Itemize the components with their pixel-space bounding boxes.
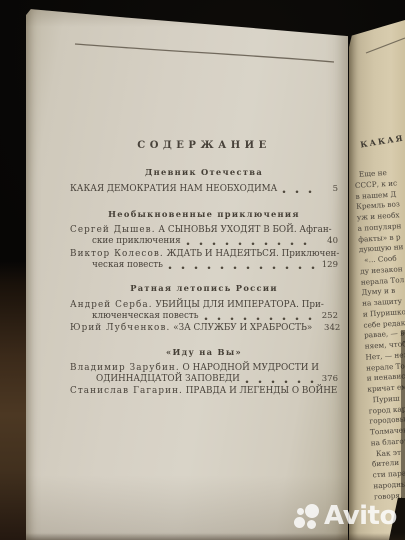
next-page-text-line: Кремль воз [356, 197, 405, 213]
toc-entry-line: Андрей Серба. УБИЙЦЫ ДЛЯ ИМПЕРАТОРА. При… [70, 300, 338, 311]
next-page-text-line: себе редак [363, 315, 405, 331]
page-edge-shadow [401, 330, 405, 510]
toc-entry: Юрий Лубченков. «ЗА СЛУЖБУ И ХРАБРОСТЬ» … [70, 323, 338, 334]
entry-subtitle-cont: ключенческая повесть [70, 311, 199, 322]
toc-page: СОДЕРЖАНИЕ Дневник Отечества КАКАЯ ДЕМОК… [26, 0, 348, 540]
entry-title: А СЫНОВЬЯ УХОДЯТ В БОЙ. [156, 225, 300, 236]
next-page-text-line: ду незакон [360, 262, 405, 278]
toc-entry-line: ские приключения 40 [70, 236, 338, 247]
entry-author: Сергей Дышев. [70, 225, 156, 236]
page-number: 40 [318, 236, 338, 247]
next-page-text-line: факты» в р [358, 229, 405, 245]
next-page-text-line: дующую ни [359, 240, 405, 256]
next-page-text-line: на защиту [362, 294, 405, 310]
toc-title: СОДЕРЖАНИЕ [70, 140, 338, 151]
page-number: 376 [318, 374, 338, 385]
toc-entry-line: КАКАЯ ДЕМОКРАТИЯ НАМ НЕОБХОДИМА 5 [70, 184, 338, 195]
entry-subtitle: Приключен- [282, 249, 340, 260]
toc-section: «Иду на Вы» Владимир Зарубин. О НАРОДНОЙ… [70, 347, 338, 398]
next-page-text-line: и ненавис [366, 369, 405, 385]
entry-subtitle: При- [302, 300, 324, 311]
entry-author: Юрий Лубченков. [70, 323, 170, 334]
book-photo: СОДЕРЖАНИЕ Дневник Отечества КАКАЯ ДЕМОК… [0, 0, 405, 540]
avito-logo-icon [294, 502, 321, 530]
entry-author: Виктор Колесов. [70, 249, 164, 260]
entry-subtitle-cont: ческая повесть [70, 260, 163, 271]
toc-entry-line: ческая повесть 129 [70, 260, 338, 271]
bottom-shadow [26, 533, 405, 540]
next-page-text-line: и Пуришко [363, 305, 405, 321]
next-page-text-line: Как эт [371, 444, 405, 460]
next-page-text-line: кричат ем [367, 380, 405, 396]
section-heading: «Иду на Вы» [70, 347, 338, 358]
entry-author: Владимир Зарубин. [70, 363, 180, 374]
page-header-rule-right [349, 0, 405, 70]
next-page-text-line: бители [372, 455, 405, 471]
toc-entry: Владимир Зарубин. О НАРОДНОЙ МУДРОСТИ И … [70, 363, 338, 386]
next-page-text-line: СССР, к ис [355, 176, 405, 192]
dot-leader [245, 374, 315, 385]
entry-subtitle-cont: ские приключения [70, 236, 181, 247]
entry-title: УБИЙЦЫ ДЛЯ ИМПЕРАТОРА. [153, 300, 302, 311]
page-header-rule [26, 0, 348, 80]
next-page-text-line: город кар [368, 401, 405, 417]
toc-section: Необыкновенные приключения Сергей Дышев.… [70, 209, 338, 271]
toc-entry-line: Сергей Дышев. А СЫНОВЬЯ УХОДЯТ В БОЙ. Аф… [70, 225, 338, 236]
next-page-text-line: а популярн [357, 219, 405, 235]
page-number: 252 [318, 311, 338, 322]
page-number: 342 [320, 323, 340, 334]
section-heading: Ратная летопись России [70, 283, 338, 294]
toc-entry-line: Виктор Колесов. ЖДАТЬ И НАДЕЯТЬСЯ. Прикл… [70, 249, 338, 260]
next-page-text-line: Еще не [354, 165, 405, 181]
next-page-text-line: Пуриш [368, 390, 405, 406]
next-page-text-line: Нет, — нез [365, 348, 405, 364]
section-heading: Необыкновенные приключения [70, 209, 338, 220]
toc-entry-line: Станислав Гагарин. ПРАВДА И ЛЕГЕНДЫ О ВО… [70, 386, 338, 397]
entry-author: Станислав Гагарин. [70, 386, 183, 397]
page-number: 129 [318, 260, 338, 271]
entry-title: КАКАЯ ДЕМОКРАТИЯ НАМ НЕОБХОДИМА [70, 184, 277, 195]
entry-subtitle: Афган- [299, 225, 331, 236]
next-page-text: Еще неСССР, к исв нашем ДКремль возуж и … [354, 165, 405, 503]
toc-entry-line: ключенческая повесть 252 [70, 311, 338, 322]
avito-watermark-text: Avito [324, 502, 397, 530]
dot-leader [282, 184, 315, 195]
next-page-text-line: «... Сооб [359, 251, 405, 267]
entry-title: О НАРОДНОЙ МУДРОСТИ И [180, 363, 319, 374]
next-page-text-line: равае, — вс [364, 326, 405, 342]
next-page-text-line: Толмачев [370, 423, 405, 439]
entry-author: Андрей Серба. [70, 300, 153, 311]
dot-leader [168, 260, 315, 271]
chapter-title-fragment: КАКАЯ [359, 133, 405, 150]
entry-title-cont: ОДИННАДЦАТОЙ ЗАПОВЕДИ [70, 374, 240, 385]
dot-leader [204, 311, 315, 322]
next-page-text-line: нерала Тол [361, 272, 405, 288]
next-page-text-line: няем, чтоб [365, 337, 405, 353]
page-number: 5 [318, 184, 338, 195]
next-page: КАКАЯ Еще неСССР, к исв нашем ДКремль во… [349, 0, 405, 540]
toc-entry-line: Владимир Зарубин. О НАРОДНОЙ МУДРОСТИ И [70, 363, 338, 374]
toc-entry: Виктор Колесов. ЖДАТЬ И НАДЕЯТЬСЯ. Прикл… [70, 249, 338, 272]
toc-entry: Станислав Гагарин. ПРАВДА И ЛЕГЕНДЫ О ВО… [70, 386, 338, 397]
toc-entry-line: Юрий Лубченков. «ЗА СЛУЖБУ И ХРАБРОСТЬ» … [70, 323, 338, 334]
toc-entry: Сергей Дышев. А СЫНОВЬЯ УХОДЯТ В БОЙ. Аф… [70, 225, 338, 248]
toc-section: Дневник Отечества КАКАЯ ДЕМОКРАТИЯ НАМ Н… [70, 167, 338, 195]
entry-title: «ЗА СЛУЖБУ И ХРАБРОСТЬ» [170, 323, 312, 334]
wooden-table-edge [0, 262, 28, 540]
next-page-text-line: городовых [369, 412, 405, 428]
toc-section: Ратная летопись России Андрей Серба. УБИ… [70, 283, 338, 334]
entry-title: ПРАВДА И ЛЕГЕНДЫ О ВОЙНЕ [183, 386, 337, 397]
toc-entry: Андрей Серба. УБИЙЦЫ ДЛЯ ИМПЕРАТОРА. При… [70, 300, 338, 323]
entry-title: ЖДАТЬ И НАДЕЯТЬСЯ. [164, 249, 282, 260]
dot-leader [186, 236, 315, 247]
toc-entry-line: ОДИННАДЦАТОЙ ЗАПОВЕДИ 376 [70, 374, 338, 385]
next-page-text-line: на благот [370, 433, 405, 449]
next-page-text-line: нерале То [366, 358, 405, 374]
next-page-text-line: в нашем Д [355, 187, 405, 203]
table-of-contents: СОДЕРЖАНИЕ Дневник Отечества КАКАЯ ДЕМОК… [70, 140, 338, 398]
section-heading: Дневник Отечества [70, 167, 338, 178]
next-page-text-line: Думу и в [361, 283, 405, 299]
toc-entry: КАКАЯ ДЕМОКРАТИЯ НАМ НЕОБХОДИМА 5 [70, 184, 338, 195]
next-page-text-line: уж и необх [357, 208, 405, 224]
avito-watermark: Avito [294, 502, 397, 530]
